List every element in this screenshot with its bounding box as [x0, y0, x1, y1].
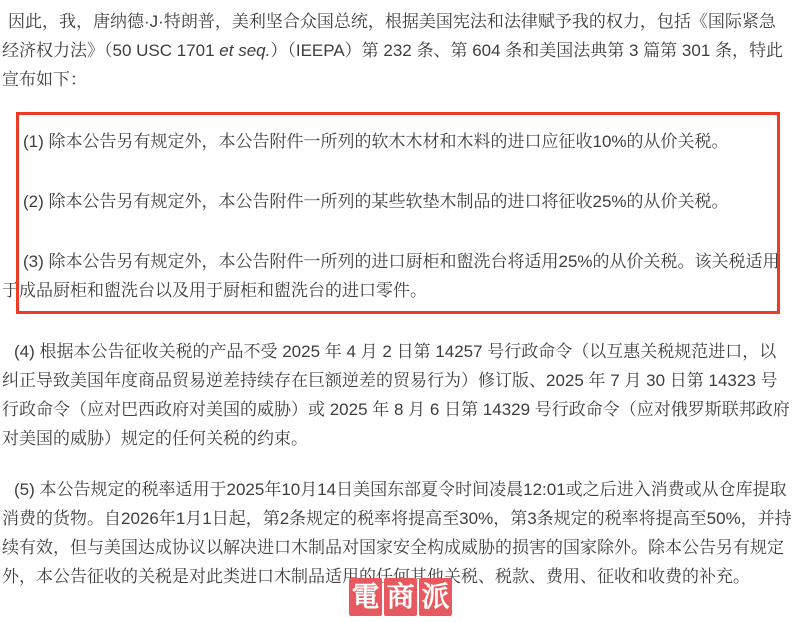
watermark-char-tile: 商	[384, 578, 417, 616]
clause-2-paragraph: (2) 除本公告另有规定外，本公告附件一所列的某些软垫木制品的进口将征收25%的…	[2, 187, 792, 216]
clause-4-paragraph: (4) 根据本公告征收关税的产品不受 2025 年 4 月 2 日第 14257…	[2, 337, 792, 453]
clause-3-paragraph: (3) 除本公告另有规定外，本公告附件一所列的进口厨柜和盥洗台将适用25%的从价…	[2, 247, 792, 305]
clause-1-paragraph: (1) 除本公告另有规定外，本公告附件一所列的软木木材和木料的进口应征收10%的…	[2, 127, 792, 156]
intro-paragraph: 因此，我，唐纳德·J·特朗普，美利坚合众国总统，根据美国宪法和法律赋予我的权力，…	[2, 7, 792, 94]
intro-text-latin-italic: et seq.	[219, 41, 270, 60]
document-body: 因此，我，唐纳德·J·特朗普，美利坚合众国总统，根据美国宪法和法律赋予我的权力，…	[0, 0, 800, 591]
highlighted-section: (1) 除本公告另有规定外，本公告附件一所列的软木木材和木料的进口应征收10%的…	[2, 112, 792, 314]
watermark-char-tile: 電	[349, 578, 382, 616]
dianshangpai-watermark-logo: 電 商 派	[349, 578, 452, 616]
watermark-char-tile: 派	[419, 578, 452, 616]
clause-5-paragraph: (5) 本公告规定的税率适用于2025年10月14日美国东部夏令时间凌晨12:0…	[2, 475, 792, 591]
